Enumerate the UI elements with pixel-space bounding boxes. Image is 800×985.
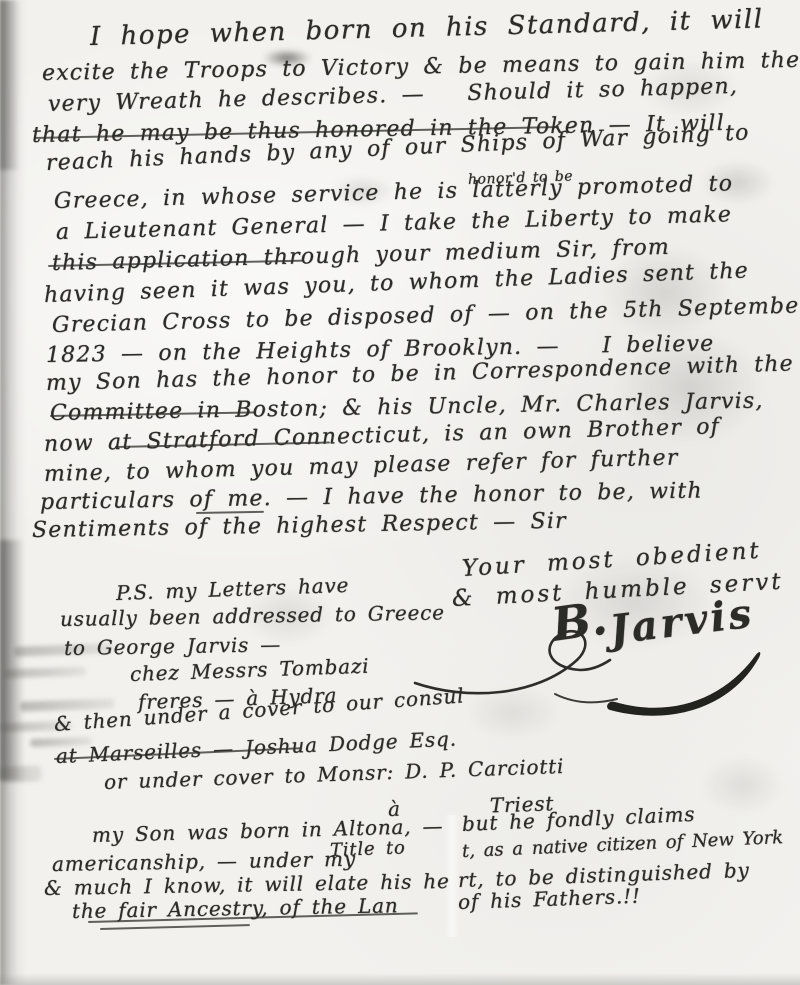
page-left-edge-dark-top <box>0 0 20 170</box>
scan-smudge <box>700 755 785 815</box>
addendum-line-4b: of his Fathers.!! <box>458 884 641 914</box>
ps-line-3: to George Jarvis — <box>64 632 281 660</box>
page-bottom-edge-shadow <box>0 973 800 985</box>
bleed-through-mark <box>0 765 42 782</box>
letter-page: I hope when born on his Standard, it wil… <box>0 0 800 985</box>
ps-line-4: chez Messrs Tombazi <box>130 654 370 686</box>
body-line-1: I hope when born on his Standard, it wil… <box>90 4 764 52</box>
pen-stroke <box>100 924 250 930</box>
addendum-interlinear-note: Title to <box>330 837 406 861</box>
signature-initial: B. <box>548 591 610 652</box>
page-left-edge-dark-mid <box>0 540 24 780</box>
body-line-17: Sentiments of the highest Respect — Sir <box>32 509 567 543</box>
bleed-through-mark <box>4 667 86 679</box>
